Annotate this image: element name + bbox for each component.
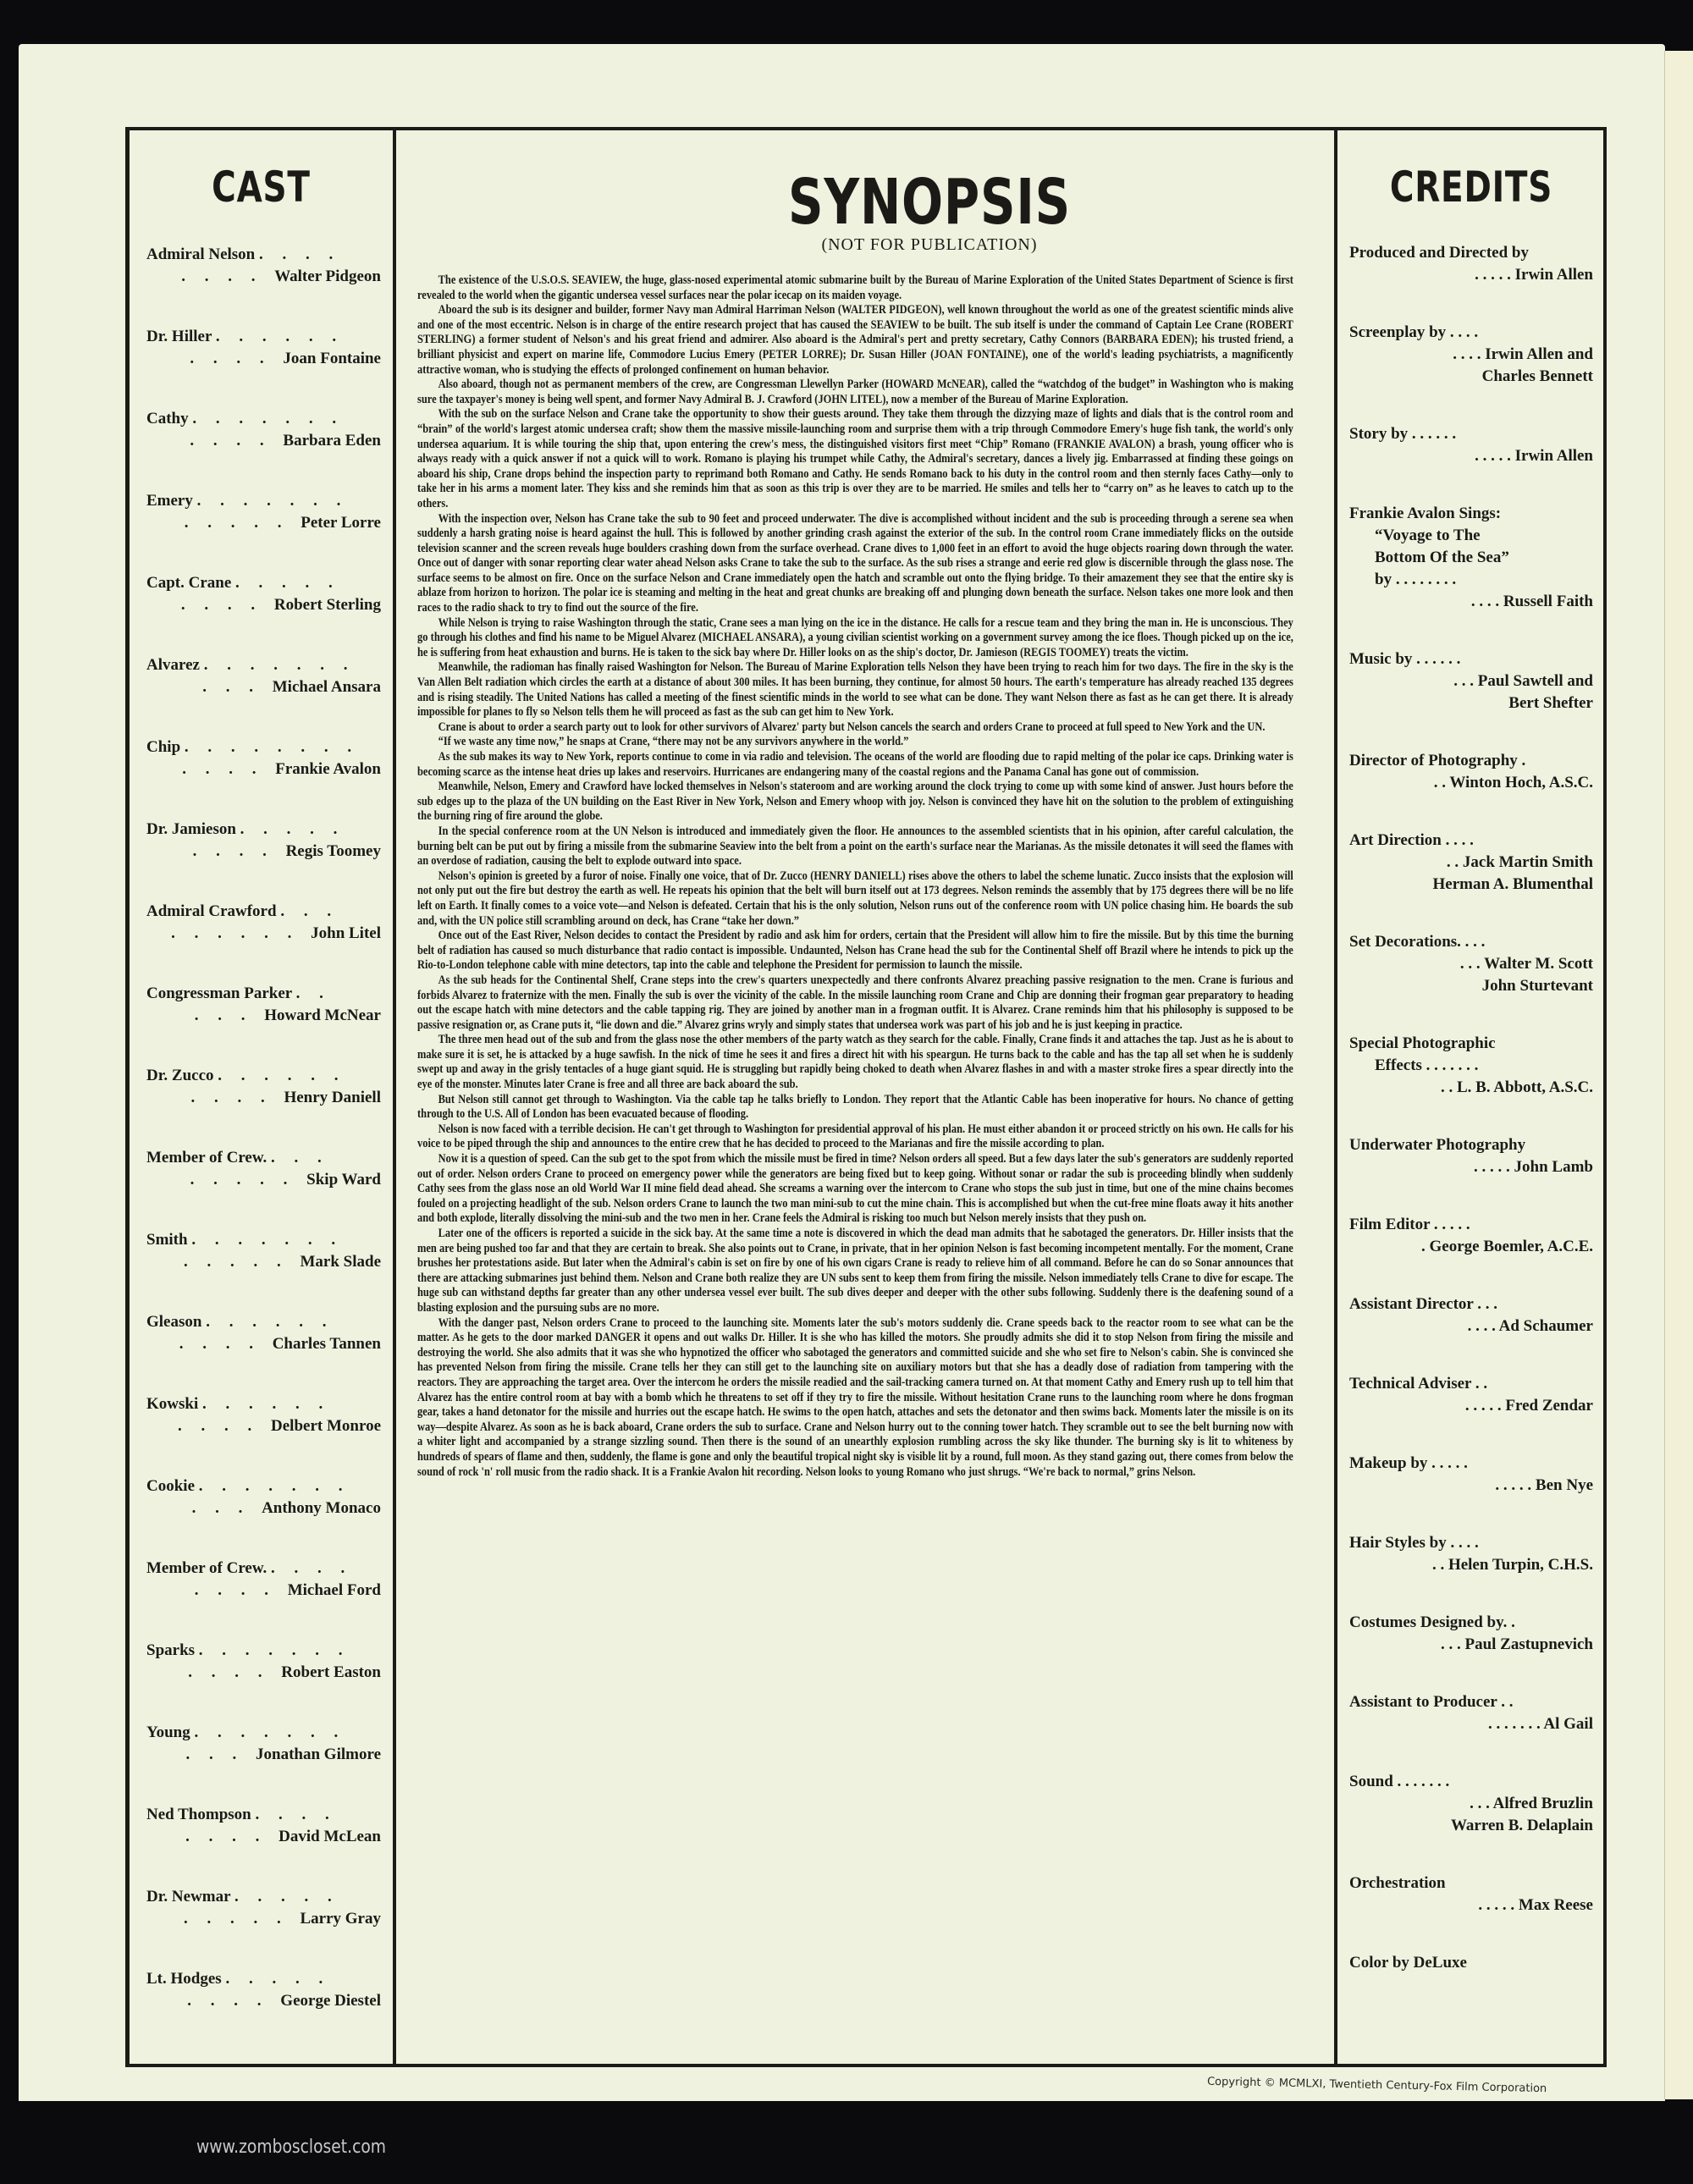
synopsis-title: SYNOPSIS [514,171,1346,234]
synopsis-paragraph: With the inspection over, Nelson has Cra… [417,511,1293,615]
actor-name: Regis Toomey [286,842,381,860]
role-name: Kowski [146,1395,202,1413]
synopsis-paragraph: With the sub on the surface Nelson and C… [417,406,1293,510]
actor-name: George Diestel [280,1992,381,2010]
cast-actor: . . . Anthony Monaco [146,1497,381,1519]
credit-name: . . Helen Turpin, C.H.S. [1349,1554,1593,1576]
credit-label: Screenplay by . . . . [1349,322,1593,344]
synopsis-paragraph: Meanwhile, Nelson, Emery and Crawford ha… [417,779,1293,824]
credits-title: CREDITS [1367,163,1575,212]
leader-dots: . . . . . . . [204,656,356,674]
cast-actor: . . . . . Mark Slade [146,1251,381,1273]
leader-dots: . . . . . [185,514,301,532]
cast-entry: Dr. Newmar . . . . .. . . . . Larry Gray [146,1886,381,1930]
cast-actor: . . . . Charles Tannen [146,1333,381,1355]
actor-name: Joan Fontaine [283,350,381,367]
leader-dots: . . . . [181,596,274,614]
leader-dots: . . . . [190,1089,284,1106]
cast-role: Capt. Crane . . . . . [146,572,381,594]
cast-actor: . . . . Henry Daniell [146,1087,381,1109]
cast-list: Admiral Nelson . . . .. . . . Walter Pid… [130,244,393,2012]
cast-role: Member of Crew. . . . [146,1147,381,1169]
credit-label: Director of Photography . [1349,750,1593,772]
cast-role: Dr. Hiller . . . . . . [146,326,381,348]
leader-dots: . . . [280,902,339,920]
leader-dots: . . . . [255,1806,336,1823]
synopsis-paragraph: Nelson's opinion is greeted by a furor o… [417,869,1293,928]
credit-name: . . . . . Max Reese [1349,1894,1593,1917]
credit-label: Orchestration [1349,1872,1593,1894]
actor-name: Henry Daniell [284,1089,381,1106]
credit-label: Film Editor . . . . . [1349,1214,1593,1236]
credit-entry: Color by DeLuxe [1349,1952,1593,1974]
credit-entry: Screenplay by . . . .. . . . Irwin Allen… [1349,322,1593,388]
synopsis-paragraph: But Nelson still cannot get through to W… [417,1092,1293,1122]
actor-name: Michael Ansara [273,678,381,696]
role-name: Smith [146,1231,191,1249]
cast-actor: . . . . . Skip Ward [146,1169,381,1191]
cast-actor: . . . . Frankie Avalon [146,758,381,780]
role-name: Dr. Newmar [146,1888,234,1905]
credit-name: . . . . . . . Al Gail [1349,1713,1593,1735]
leader-dots: . . . . [190,432,283,449]
credit-detail: by . . . . . . . . [1349,569,1593,591]
leader-dots: . . . . . [225,1970,330,1988]
synopsis-paragraph: Now it is a question of speed. Can the s… [417,1151,1293,1226]
credit-name: . . . Paul Sawtell and [1349,670,1593,692]
cast-entry: Congressman Parker . .. . . Howard McNea… [146,983,381,1027]
credit-name: . . . . . Fred Zendar [1349,1395,1593,1417]
credit-name: . . . . . Irwin Allen [1349,264,1593,286]
cast-actor: . . . . David McLean [146,1826,381,1848]
credit-name: . . . Walter M. Scott [1349,953,1593,975]
role-name: Young [146,1723,195,1741]
cast-entry: Lt. Hodges . . . . .. . . . George Diest… [146,1968,381,2012]
credit-label: Underwater Photography [1349,1134,1593,1156]
leader-dots: . . . . . [184,1910,301,1928]
actor-name: Robert Easton [281,1663,381,1681]
actor-name: Howard McNear [264,1007,381,1024]
credit-entry: Art Direction . . . .. . Jack Martin Smi… [1349,830,1593,896]
cast-role: Dr. Zucco . . . . . . [146,1065,381,1087]
leader-dots: . . . [195,1007,265,1024]
cast-entry: Dr. Jamieson . . . . .. . . . Regis Toom… [146,819,381,863]
synopsis-paragraph: The existence of the U.S.O.S. SEAVIEW, t… [417,273,1293,302]
actor-name: Walter Pidgeon [274,267,381,285]
leader-dots: . . . . . . [216,328,344,345]
synopsis-paragraph: “If we waste any time now,” he snaps at … [417,734,1293,749]
cast-role: Dr. Jamieson . . . . . [146,819,381,841]
role-name: Gleason [146,1313,206,1331]
leader-dots: . . . . . [240,820,345,838]
cast-actor: . . . . . . John Litel [146,923,381,945]
actor-name: Skip Ward [306,1171,381,1189]
synopsis-paragraph: Also aboard, though not as permanent mem… [417,377,1293,406]
role-name: Member of Crew. [146,1149,271,1166]
cast-entry: Capt. Crane . . . . .. . . . Robert Ster… [146,572,381,616]
synopsis-body: The existence of the U.S.O.S. SEAVIEW, t… [417,273,1293,1479]
actor-name: Delbert Monroe [271,1417,381,1435]
credit-name: . . . . Irwin Allen and [1349,344,1593,366]
credit-name: . . . Alfred Bruzlin [1349,1793,1593,1815]
credit-label: Story by . . . . . . [1349,423,1593,445]
page-frame: CAST Admiral Nelson . . . .. . . . Walte… [125,127,1607,2067]
actor-name: Charles Tannen [273,1335,381,1353]
leader-dots: . . . . [182,760,275,778]
credits-list: Produced and Directed by. . . . . Irwin … [1337,242,1605,1974]
role-name: Capt. Crane [146,574,235,592]
credit-entry: Frankie Avalon Sings:“Voyage to TheBotto… [1349,503,1593,613]
cast-actor: . . . . Regis Toomey [146,841,381,863]
cast-actor: . . . . Barbara Eden [146,430,381,452]
synopsis-paragraph: Later one of the officers is reported a … [417,1226,1293,1315]
role-name: Sparks [146,1641,199,1659]
cast-role: Dr. Newmar . . . . . [146,1886,381,1908]
synopsis-column: SYNOPSIS (NOT FOR PUBLICATION) The exist… [396,130,1463,2064]
credit-name: . . . Paul Zastupnevich [1349,1634,1593,1656]
synopsis-paragraph: Nelson is now faced with a terrible deci… [417,1122,1293,1151]
credit-label: Set Decorations. . . . [1349,931,1593,953]
role-name: Chip [146,738,185,756]
cast-entry: Member of Crew. . . . .. . . . Michael F… [146,1558,381,1602]
leader-dots: . . . . [259,245,340,263]
synopsis-paragraph: Crane is about to order a search party o… [417,720,1293,735]
synopsis-paragraph: As the sub heads for the Continental She… [417,973,1293,1032]
credit-name: . . L. B. Abbott, A.S.C. [1349,1077,1593,1099]
cast-role: Cathy . . . . . . . [146,408,381,430]
synopsis-paragraph: Meanwhile, the radioman has finally rais… [417,659,1293,719]
synopsis-paragraph: While Nelson is trying to raise Washingt… [417,615,1293,660]
leader-dots: . . . [186,1746,256,1763]
actor-name: Barbara Eden [283,432,381,449]
credit-name: . . Jack Martin Smith [1349,852,1593,874]
credit-label: Costumes Designed by. . [1349,1612,1593,1634]
role-name: Dr. Zucco [146,1067,218,1084]
cast-actor: . . . . Joan Fontaine [146,348,381,370]
cast-column: CAST Admiral Nelson . . . .. . . . Walte… [130,130,396,2064]
cast-role: Smith . . . . . . . [146,1229,381,1251]
cast-entry: Emery . . . . . . .. . . . . Peter Lorre [146,490,381,534]
leader-dots: . . . . [179,1335,273,1353]
credit-label: Technical Adviser . . [1349,1373,1593,1395]
cast-entry: Alvarez . . . . . . .. . . Michael Ansar… [146,654,381,698]
cast-role: Lt. Hodges . . . . . [146,1968,381,1990]
credit-entry: Orchestration. . . . . Max Reese [1349,1872,1593,1917]
credits-column: CREDITS Produced and Directed by. . . . … [1334,130,1605,2064]
leader-dots: . . . . [271,1559,352,1577]
cast-actor: . . . Jonathan Gilmore [146,1744,381,1766]
cast-role: Sparks . . . . . . . [146,1640,381,1662]
role-name: Dr. Jamieson [146,820,240,838]
cast-entry: Ned Thompson . . . .. . . . David McLean [146,1804,381,1848]
credit-name: . . . . . Irwin Allen [1349,445,1593,467]
credit-label: Color by DeLuxe [1349,1952,1593,1974]
leader-dots: . . . . . . [218,1067,345,1084]
cast-entry: Dr. Hiller . . . . . .. . . . Joan Fonta… [146,326,381,370]
role-name: Cathy [146,410,192,427]
leader-dots: . . . [202,678,273,696]
leader-dots: . . . . . . . [199,1641,350,1659]
credit-entry: Underwater Photography. . . . . John Lam… [1349,1134,1593,1178]
synopsis-paragraph: With the danger past, Nelson orders Cran… [417,1315,1293,1480]
actor-name: David McLean [278,1828,381,1845]
actor-name: Frankie Avalon [275,760,381,778]
leader-dots: . . . . [193,842,286,860]
cast-title: CAST [158,163,364,212]
cast-role: Gleason . . . . . . [146,1311,381,1333]
credit-entry: Music by . . . . . .. . . Paul Sawtell a… [1349,648,1593,714]
leader-dots: . . . . . . . [192,410,344,427]
role-name: Ned Thompson [146,1806,255,1823]
leader-dots: . . . . . . . . [185,738,359,756]
leader-dots: . . [296,984,331,1002]
leader-dots: . . . . . . [206,1313,334,1331]
credit-name: . George Boemler, A.C.E. [1349,1236,1593,1258]
cast-entry: Kowski . . . . . .. . . . Delbert Monroe [146,1393,381,1437]
cast-role: Cookie . . . . . . . [146,1475,381,1497]
synopsis-paragraph: Aboard the sub is its designer and build… [417,302,1293,377]
cast-actor: . . . . Robert Sterling [146,594,381,616]
credit-label: Assistant Director . . . [1349,1293,1593,1315]
cast-actor: . . . . Delbert Monroe [146,1415,381,1437]
cast-entry: Chip . . . . . . . .. . . . Frankie Aval… [146,736,381,780]
credit-label: Frankie Avalon Sings: [1349,503,1593,525]
cast-entry: Sparks . . . . . . .. . . . Robert Easto… [146,1640,381,1684]
role-name: Alvarez [146,656,204,674]
cast-entry: Member of Crew. . . .. . . . . Skip Ward [146,1147,381,1191]
actor-name: Robert Sterling [274,596,381,614]
credit-name: . . . . . Ben Nye [1349,1475,1593,1497]
credit-detail: Bottom Of the Sea” [1349,547,1593,569]
website-watermark: www.zomboscloset.com [196,2137,386,2158]
cast-entry: Cathy . . . . . . .. . . . Barbara Eden [146,408,381,452]
leader-dots: . . . . [181,267,274,285]
cast-entry: Admiral Nelson . . . .. . . . Walter Pid… [146,244,381,288]
synopsis-paragraph: The three men head out of the sub and fr… [417,1032,1293,1091]
cast-actor: . . . . Walter Pidgeon [146,266,381,288]
credit-entry: Story by . . . . . .. . . . . Irwin Alle… [1349,423,1593,467]
cast-actor: . . . Howard McNear [146,1005,381,1027]
actor-name: Jonathan Gilmore [256,1746,381,1763]
cast-role: Chip . . . . . . . . [146,736,381,758]
cast-role: Alvarez . . . . . . . [146,654,381,676]
credit-detail: “Voyage to The [1349,525,1593,547]
credit-entry: Costumes Designed by. .. . . Paul Zastup… [1349,1612,1593,1656]
credit-name: . . . . . John Lamb [1349,1156,1593,1178]
cast-actor: . . . . . Peter Lorre [146,512,381,534]
leader-dots: . . . . [187,1992,280,2010]
leader-dots: . . . . . [235,574,340,592]
actor-name: John Litel [311,924,381,942]
cast-actor: . . . . George Diestel [146,1990,381,2012]
credit-entry: Assistant Director . . .. . . . Ad Schau… [1349,1293,1593,1337]
credit-entry: Director of Photography .. . Winton Hoch… [1349,750,1593,794]
cast-role: Young . . . . . . . [146,1722,381,1744]
credit-detail: Effects . . . . . . . [1349,1055,1593,1077]
credit-name: . . . . Russell Faith [1349,591,1593,613]
leader-dots: . . . . . . . [191,1231,343,1249]
cast-role: Ned Thompson . . . . [146,1804,381,1826]
credit-label: Sound . . . . . . . [1349,1771,1593,1793]
cast-actor: . . . . . Larry Gray [146,1908,381,1930]
credit-entry: Makeup by . . . . .. . . . . Ben Nye [1349,1453,1593,1497]
role-name: Emery [146,492,197,510]
leader-dots: . . . . [185,1828,278,1845]
role-name: Lt. Hodges [146,1970,225,1988]
cast-entry: Smith . . . . . . .. . . . . Mark Slade [146,1229,381,1273]
cast-actor: . . . . Robert Easton [146,1662,381,1684]
next-page-edge [1664,51,1693,2099]
credit-label: Makeup by . . . . . [1349,1453,1593,1475]
credit-label: Music by . . . . . . [1349,648,1593,670]
leader-dots: . . . . . . [171,924,311,942]
leader-dots: . . . . . . . [199,1477,350,1495]
cast-entry: Cookie . . . . . . .. . . Anthony Monaco [146,1475,381,1519]
credit-label: Produced and Directed by [1349,242,1593,264]
role-name: Cookie [146,1477,199,1495]
credit-name: . . Winton Hoch, A.S.C. [1349,772,1593,794]
role-name: Member of Crew. [146,1559,271,1577]
cast-role: Kowski . . . . . . [146,1393,381,1415]
cast-actor: . . . . Michael Ford [146,1580,381,1602]
credit-entry: Special PhotographicEffects . . . . . . … [1349,1033,1593,1099]
credit-entry: Sound . . . . . . .. . . Alfred BruzlinW… [1349,1771,1593,1837]
leader-dots: . . . . [190,350,283,367]
synopsis-paragraph: In the special conference room at the UN… [417,824,1293,869]
leader-dots: . . . . . [184,1253,301,1271]
credit-entry: Assistant to Producer . .. . . . . . . A… [1349,1691,1593,1735]
credit-name: John Sturtevant [1349,975,1593,997]
credit-label: Hair Styles by . . . . [1349,1532,1593,1554]
cast-actor: . . . Michael Ansara [146,676,381,698]
cast-role: Admiral Nelson . . . . [146,244,381,266]
cast-entry: Dr. Zucco . . . . . .. . . . Henry Danie… [146,1065,381,1109]
leader-dots: . . . . . . . [197,492,349,510]
leader-dots: . . . . [195,1581,288,1599]
role-name: Admiral Crawford [146,902,280,920]
credit-label: Special Photographic [1349,1033,1593,1055]
cast-role: Admiral Crawford . . . [146,901,381,923]
credit-name: Warren B. Delaplain [1349,1815,1593,1837]
synopsis-paragraph: Once out of the East River, Nelson decid… [417,928,1293,973]
credit-name: . . . . Ad Schaumer [1349,1315,1593,1337]
cast-entry: Young . . . . . . .. . . Jonathan Gilmor… [146,1722,381,1766]
actor-name: Peter Lorre [301,514,381,532]
leader-dots: . . . . [188,1663,281,1681]
credit-entry: Technical Adviser . .. . . . . Fred Zend… [1349,1373,1593,1417]
credit-entry: Hair Styles by . . . .. . Helen Turpin, … [1349,1532,1593,1576]
leader-dots: . . . . [178,1417,271,1435]
leader-dots: . . . [271,1149,329,1166]
role-name: Dr. Hiller [146,328,216,345]
leader-dots: . . . . . [190,1171,307,1189]
credit-name: Charles Bennett [1349,366,1593,388]
cast-entry: Admiral Crawford . . .. . . . . . John L… [146,901,381,945]
credit-entry: Set Decorations. . . .. . . Walter M. Sc… [1349,931,1593,997]
credit-name: Herman A. Blumenthal [1349,874,1593,896]
actor-name: Mark Slade [300,1253,381,1271]
credit-label: Assistant to Producer . . [1349,1691,1593,1713]
leader-dots: . . . . . . . [195,1723,346,1741]
credit-label: Art Direction . . . . [1349,830,1593,852]
synopsis-paragraph: As the sub makes its way to New York, re… [417,749,1293,779]
credit-entry: Produced and Directed by. . . . . Irwin … [1349,242,1593,286]
actor-name: Michael Ford [288,1581,381,1599]
cast-role: Emery . . . . . . . [146,490,381,512]
credit-name: Bert Shefter [1349,692,1593,714]
actor-name: Anthony Monaco [262,1499,381,1517]
leader-dots: . . . . . [234,1888,339,1905]
credit-entry: Film Editor . . . . .. George Boemler, A… [1349,1214,1593,1258]
cast-entry: Gleason . . . . . .. . . . Charles Tanne… [146,1311,381,1355]
actor-name: Larry Gray [300,1910,381,1928]
cast-role: Member of Crew. . . . . [146,1558,381,1580]
role-name: Admiral Nelson [146,245,259,263]
role-name: Congressman Parker [146,984,296,1002]
leader-dots: . . . [192,1499,262,1517]
leader-dots: . . . . . . [202,1395,330,1413]
cast-role: Congressman Parker . . [146,983,381,1005]
